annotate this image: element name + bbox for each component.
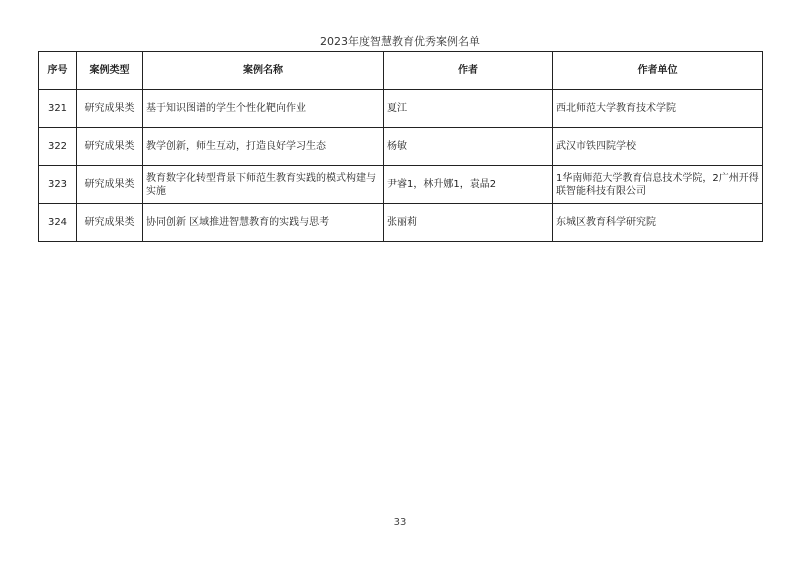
- table-row: 323 研究成果类 教育数字化转型背景下师范生教育实践的模式构建与实施 尹睿1，…: [39, 166, 763, 204]
- cell-org: 东城区教育科学研究院: [553, 204, 763, 242]
- cell-author: 杨敏: [384, 128, 553, 166]
- header-type: 案例类型: [77, 52, 143, 90]
- case-list-table: 序号 案例类型 案例名称 作者 作者单位 321 研究成果类 基于知识图谱的学生…: [38, 51, 763, 242]
- cell-name: 教学创新，师生互动，打造良好学习生态: [143, 128, 384, 166]
- cell-author: 尹睿1，林升娜1，袁晶2: [384, 166, 553, 204]
- table-row: 322 研究成果类 教学创新，师生互动，打造良好学习生态 杨敏 武汉市铁四院学校: [39, 128, 763, 166]
- cell-org: 1华南师范大学教育信息技术学院，2广州开得联智能科技有限公司: [553, 166, 763, 204]
- document-title: 2023年度智慧教育优秀案例名单: [0, 33, 800, 49]
- cell-type: 研究成果类: [77, 90, 143, 128]
- cell-name: 协同创新 区域推进智慧教育的实践与思考: [143, 204, 384, 242]
- cell-no: 322: [39, 128, 77, 166]
- cell-author: 张丽莉: [384, 204, 553, 242]
- page-number: 33: [0, 517, 800, 528]
- cell-type: 研究成果类: [77, 204, 143, 242]
- cell-no: 321: [39, 90, 77, 128]
- cell-org: 武汉市铁四院学校: [553, 128, 763, 166]
- cell-type: 研究成果类: [77, 128, 143, 166]
- header-no: 序号: [39, 52, 77, 90]
- table-row: 321 研究成果类 基于知识图谱的学生个性化靶向作业 夏江 西北师范大学教育技术…: [39, 90, 763, 128]
- header-author: 作者: [384, 52, 553, 90]
- cell-org: 西北师范大学教育技术学院: [553, 90, 763, 128]
- header-org: 作者单位: [553, 52, 763, 90]
- cell-no: 324: [39, 204, 77, 242]
- cell-name: 教育数字化转型背景下师范生教育实践的模式构建与实施: [143, 166, 384, 204]
- table-header-row: 序号 案例类型 案例名称 作者 作者单位: [39, 52, 763, 90]
- table-row: 324 研究成果类 协同创新 区域推进智慧教育的实践与思考 张丽莉 东城区教育科…: [39, 204, 763, 242]
- cell-name: 基于知识图谱的学生个性化靶向作业: [143, 90, 384, 128]
- cell-author: 夏江: [384, 90, 553, 128]
- cell-type: 研究成果类: [77, 166, 143, 204]
- cell-no: 323: [39, 166, 77, 204]
- header-name: 案例名称: [143, 52, 384, 90]
